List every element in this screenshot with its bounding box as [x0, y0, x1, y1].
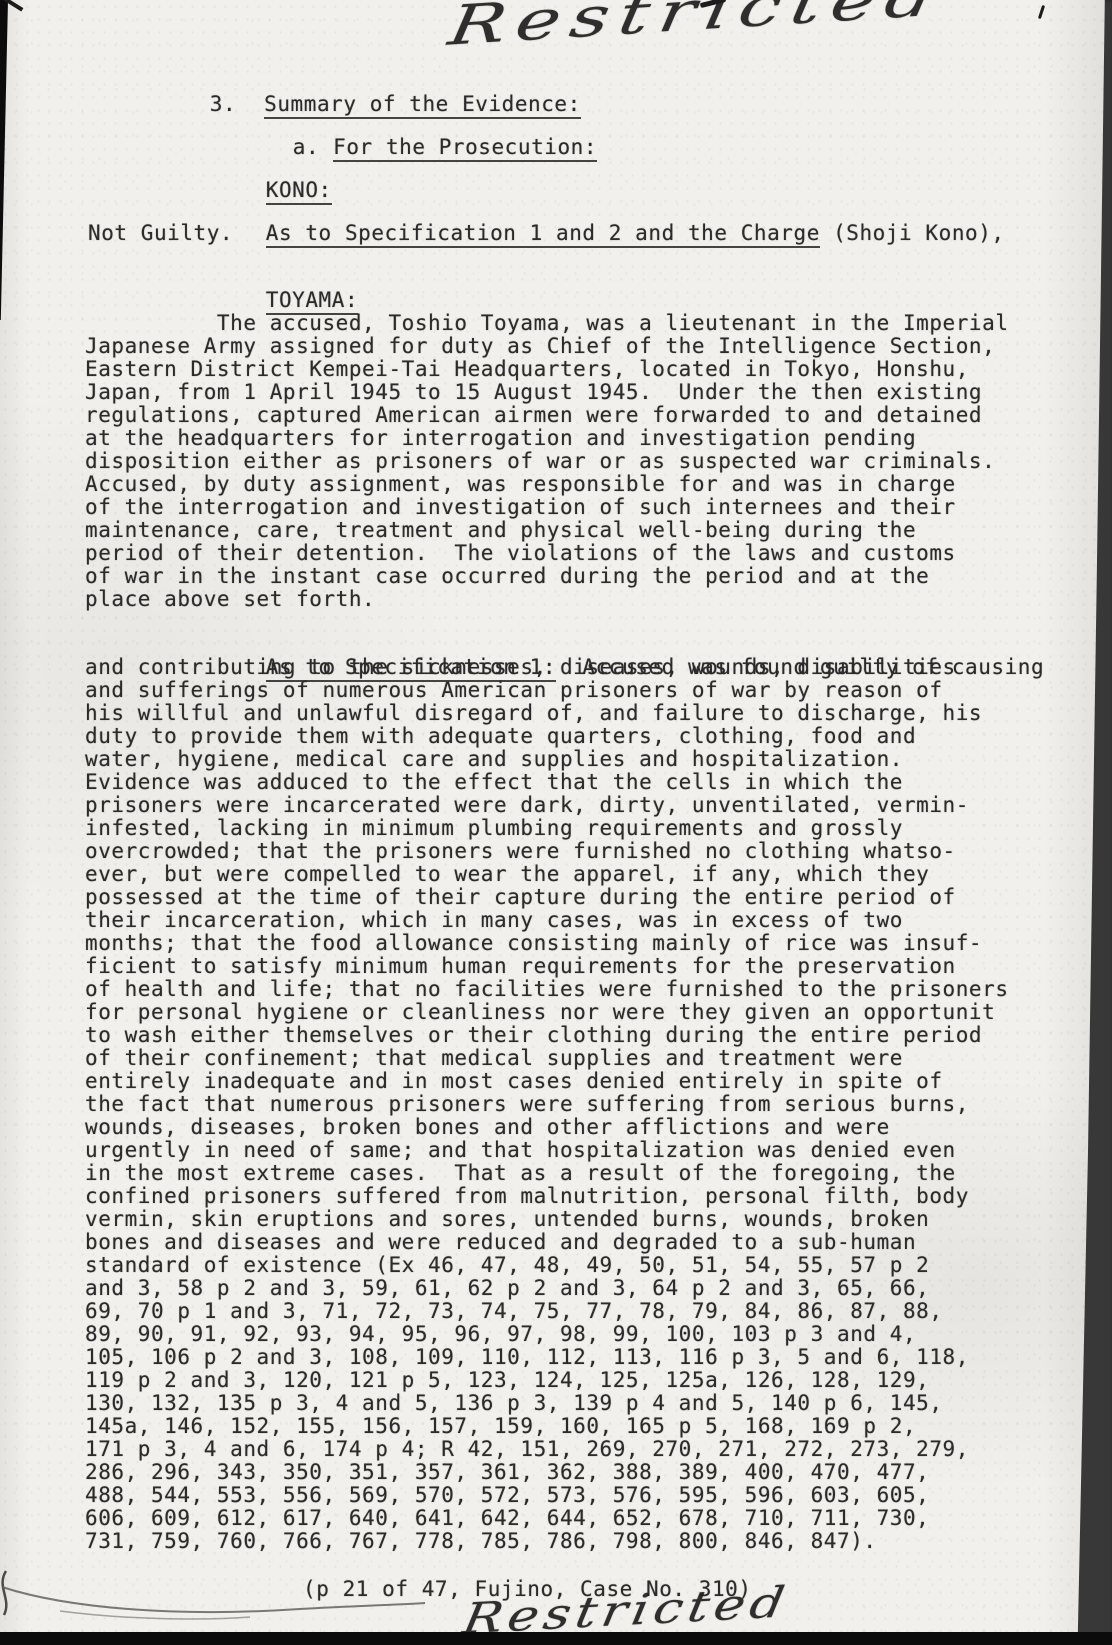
- kono-finding-rest: (Shoji Kono),: [820, 221, 1005, 245]
- restricted-stamp-top: Restricted: [444, 0, 949, 58]
- kono-finding-line: As to Specification 1 and 2 and the Char…: [213, 199, 1005, 268]
- pencil-squiggle: [0, 1565, 430, 1635]
- toyama-paragraph: The accused, Toshio Toyama, was a lieute…: [85, 312, 1009, 611]
- section-number: 3.: [210, 92, 236, 116]
- scan-edge-bottom: [0, 1632, 1112, 1645]
- stray-mark-top-right: [1038, 5, 1045, 19]
- kono-verdict: Not Guilty.: [88, 222, 233, 245]
- spec1-body: and contributing to the sicknesses, dise…: [85, 656, 1009, 1553]
- scanned-document-page: Restricted 3.Summary of the Evidence: a.…: [0, 0, 1112, 1645]
- scan-edge-left: [0, 0, 8, 320]
- scan-edge-right: [1072, 0, 1112, 1645]
- subsection-title: For the Prosecution:: [333, 135, 597, 162]
- kono-finding-underlined: As to Specification 1 and 2 and the Char…: [266, 221, 820, 248]
